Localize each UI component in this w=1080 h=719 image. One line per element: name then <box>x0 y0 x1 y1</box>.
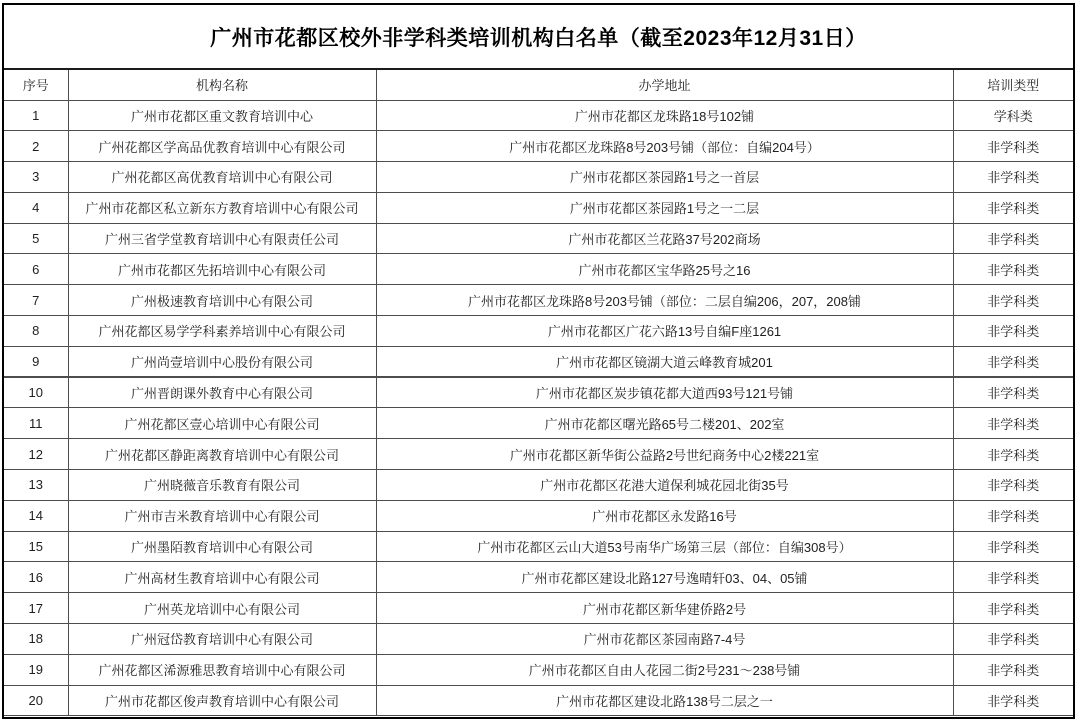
cell-institution-name: 广州花都区易学学科素养培训中心有限公司 <box>68 316 376 347</box>
cell-institution-name: 广州冠岱教育培训中心有限公司 <box>68 624 376 655</box>
cell-serial-number: 15 <box>4 531 68 562</box>
table-row: 6广州市花都区先拓培训中心有限公司广州市花都区宝华路25号之16非学科类 <box>4 254 1073 285</box>
table-row: 9广州尚壹培训中心股份有限公司广州市花都区镜湖大道云峰教育城201非学科类 <box>4 346 1073 377</box>
header-institution-name: 机构名称 <box>68 70 376 100</box>
cell-institution-name: 广州晓薇音乐教育有限公司 <box>68 470 376 501</box>
cell-institution-name: 广州三省学堂教育培训中心有限责任公司 <box>68 223 376 254</box>
cell-address: 广州市花都区茶园路1号之一二层 <box>376 192 953 223</box>
cell-address: 广州市花都区建设北路127号逸晴轩03、04、05铺 <box>376 562 953 593</box>
cell-institution-name: 广州尚壹培训中心股份有限公司 <box>68 346 376 377</box>
table-row: 10广州晋朗课外教育中心有限公司广州市花都区炭步镇花都大道西93号121号铺非学… <box>4 377 1073 408</box>
table-row: 17广州英龙培训中心有限公司广州市花都区新华建侨路2号非学科类 <box>4 593 1073 624</box>
cell-address: 广州市花都区花港大道保利城花园北街35号 <box>376 470 953 501</box>
table-row: 20广州市花都区俊声教育培训中心有限公司广州市花都区建设北路138号二层之一非学… <box>4 685 1073 716</box>
institution-table: 序号 机构名称 办学地址 培训类型 1广州市花都区重文教育培训中心广州市花都区龙… <box>4 70 1073 716</box>
cell-institution-name: 广州高材生教育培训中心有限公司 <box>68 562 376 593</box>
cell-training-type: 学科类 <box>953 100 1073 131</box>
cell-address: 广州市花都区新华街公益路2号世纪商务中心2楼221室 <box>376 439 953 470</box>
cell-training-type: 非学科类 <box>953 531 1073 562</box>
cell-institution-name: 广州英龙培训中心有限公司 <box>68 593 376 624</box>
table-row: 3广州花都区高优教育培训中心有限公司广州市花都区茶园路1号之一首层非学科类 <box>4 162 1073 193</box>
cell-serial-number: 19 <box>4 654 68 685</box>
cell-serial-number: 1 <box>4 100 68 131</box>
cell-address: 广州市花都区茶园南路7-4号 <box>376 624 953 655</box>
cell-address: 广州市花都区龙珠路8号203号铺（部位：自编204号） <box>376 131 953 162</box>
table-row: 19广州花都区浠源雅思教育培训中心有限公司广州市花都区自由人花园二街2号231～… <box>4 654 1073 685</box>
cell-institution-name: 广州市花都区重文教育培训中心 <box>68 100 376 131</box>
cell-training-type: 非学科类 <box>953 500 1073 531</box>
cell-serial-number: 17 <box>4 593 68 624</box>
cell-training-type: 非学科类 <box>953 316 1073 347</box>
header-address: 办学地址 <box>376 70 953 100</box>
table-row: 8广州花都区易学学科素养培训中心有限公司广州市花都区广花六路13号自编F座126… <box>4 316 1073 347</box>
cell-institution-name: 广州市花都区先拓培训中心有限公司 <box>68 254 376 285</box>
cell-training-type: 非学科类 <box>953 654 1073 685</box>
cell-serial-number: 3 <box>4 162 68 193</box>
cell-serial-number: 20 <box>4 685 68 716</box>
table-row: 5广州三省学堂教育培训中心有限责任公司广州市花都区兰花路37号202商场非学科类 <box>4 223 1073 254</box>
cell-training-type: 非学科类 <box>953 562 1073 593</box>
header-serial-number: 序号 <box>4 70 68 100</box>
cell-address: 广州市花都区自由人花园二街2号231～238号铺 <box>376 654 953 685</box>
cell-serial-number: 8 <box>4 316 68 347</box>
table-row: 14广州市吉米教育培训中心有限公司广州市花都区永发路16号非学科类 <box>4 500 1073 531</box>
cell-address: 广州市花都区曙光路65号二楼201、202室 <box>376 408 953 439</box>
cell-serial-number: 5 <box>4 223 68 254</box>
cell-institution-name: 广州晋朗课外教育中心有限公司 <box>68 377 376 408</box>
cell-institution-name: 广州花都区壹心培训中心有限公司 <box>68 408 376 439</box>
cell-serial-number: 18 <box>4 624 68 655</box>
cell-training-type: 非学科类 <box>953 685 1073 716</box>
cell-training-type: 非学科类 <box>953 439 1073 470</box>
cell-address: 广州市花都区新华建侨路2号 <box>376 593 953 624</box>
cell-institution-name: 广州花都区高优教育培训中心有限公司 <box>68 162 376 193</box>
cell-institution-name: 广州极速教育培训中心有限公司 <box>68 285 376 316</box>
cell-address: 广州市花都区广花六路13号自编F座1261 <box>376 316 953 347</box>
table-row: 16广州高材生教育培训中心有限公司广州市花都区建设北路127号逸晴轩03、04、… <box>4 562 1073 593</box>
table-row: 13广州晓薇音乐教育有限公司广州市花都区花港大道保利城花园北街35号非学科类 <box>4 470 1073 501</box>
cell-address: 广州市花都区龙珠路18号102铺 <box>376 100 953 131</box>
header-row: 序号 机构名称 办学地址 培训类型 <box>4 70 1073 100</box>
cell-institution-name: 广州市花都区私立新东方教育培训中心有限公司 <box>68 192 376 223</box>
cell-training-type: 非学科类 <box>953 223 1073 254</box>
cell-address: 广州市花都区永发路16号 <box>376 500 953 531</box>
cell-serial-number: 4 <box>4 192 68 223</box>
whitelist-table-sheet: 广州市花都区校外非学科类培训机构白名单（截至2023年12月31日） 序号 机构… <box>2 3 1075 719</box>
cell-training-type: 非学科类 <box>953 377 1073 408</box>
cell-address: 广州市花都区茶园路1号之一首层 <box>376 162 953 193</box>
table-row: 18广州冠岱教育培训中心有限公司广州市花都区茶园南路7-4号非学科类 <box>4 624 1073 655</box>
cell-training-type: 非学科类 <box>953 162 1073 193</box>
cell-training-type: 非学科类 <box>953 285 1073 316</box>
cell-address: 广州市花都区建设北路138号二层之一 <box>376 685 953 716</box>
cell-address: 广州市花都区兰花路37号202商场 <box>376 223 953 254</box>
cell-training-type: 非学科类 <box>953 624 1073 655</box>
cell-address: 广州市花都区云山大道53号南华广场第三层（部位：自编308号） <box>376 531 953 562</box>
table-row: 4广州市花都区私立新东方教育培训中心有限公司广州市花都区茶园路1号之一二层非学科… <box>4 192 1073 223</box>
cell-serial-number: 9 <box>4 346 68 377</box>
cell-training-type: 非学科类 <box>953 254 1073 285</box>
cell-address: 广州市花都区宝华路25号之16 <box>376 254 953 285</box>
cell-serial-number: 14 <box>4 500 68 531</box>
table-body: 1广州市花都区重文教育培训中心广州市花都区龙珠路18号102铺学科类2广州花都区… <box>4 100 1073 716</box>
page-title: 广州市花都区校外非学科类培训机构白名单（截至2023年12月31日） <box>4 5 1073 70</box>
cell-serial-number: 10 <box>4 377 68 408</box>
table-row: 12广州花都区静距离教育培训中心有限公司广州市花都区新华街公益路2号世纪商务中心… <box>4 439 1073 470</box>
header-training-type: 培训类型 <box>953 70 1073 100</box>
cell-training-type: 非学科类 <box>953 346 1073 377</box>
table-row: 15广州墨陌教育培训中心有限公司广州市花都区云山大道53号南华广场第三层（部位：… <box>4 531 1073 562</box>
table-row: 2广州花都区学高品优教育培训中心有限公司广州市花都区龙珠路8号203号铺（部位：… <box>4 131 1073 162</box>
cell-institution-name: 广州花都区学高品优教育培训中心有限公司 <box>68 131 376 162</box>
cell-address: 广州市花都区龙珠路8号203号铺（部位：二层自编206，207，208铺 <box>376 285 953 316</box>
cell-institution-name: 广州市吉米教育培训中心有限公司 <box>68 500 376 531</box>
table-row: 7广州极速教育培训中心有限公司广州市花都区龙珠路8号203号铺（部位：二层自编2… <box>4 285 1073 316</box>
cell-serial-number: 7 <box>4 285 68 316</box>
cell-address: 广州市花都区镜湖大道云峰教育城201 <box>376 346 953 377</box>
cell-serial-number: 12 <box>4 439 68 470</box>
cell-institution-name: 广州墨陌教育培训中心有限公司 <box>68 531 376 562</box>
cell-training-type: 非学科类 <box>953 470 1073 501</box>
cell-training-type: 非学科类 <box>953 408 1073 439</box>
cell-serial-number: 11 <box>4 408 68 439</box>
cell-training-type: 非学科类 <box>953 131 1073 162</box>
cell-training-type: 非学科类 <box>953 593 1073 624</box>
table-header: 序号 机构名称 办学地址 培训类型 <box>4 70 1073 100</box>
table-row: 11广州花都区壹心培训中心有限公司广州市花都区曙光路65号二楼201、202室非… <box>4 408 1073 439</box>
cell-training-type: 非学科类 <box>953 192 1073 223</box>
cell-institution-name: 广州花都区静距离教育培训中心有限公司 <box>68 439 376 470</box>
cell-serial-number: 16 <box>4 562 68 593</box>
cell-serial-number: 13 <box>4 470 68 501</box>
table-row: 1广州市花都区重文教育培训中心广州市花都区龙珠路18号102铺学科类 <box>4 100 1073 131</box>
cell-serial-number: 2 <box>4 131 68 162</box>
cell-institution-name: 广州花都区浠源雅思教育培训中心有限公司 <box>68 654 376 685</box>
cell-serial-number: 6 <box>4 254 68 285</box>
cell-address: 广州市花都区炭步镇花都大道西93号121号铺 <box>376 377 953 408</box>
cell-institution-name: 广州市花都区俊声教育培训中心有限公司 <box>68 685 376 716</box>
